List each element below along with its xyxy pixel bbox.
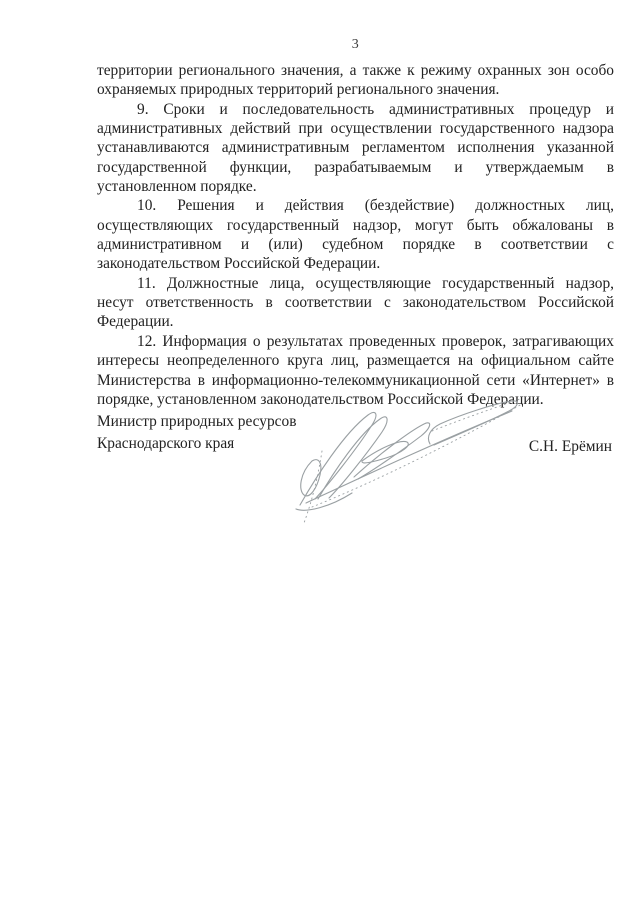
document-body: территории регионального значения, а так… — [97, 61, 614, 409]
signer-name: С.Н. Ерёмин — [529, 438, 612, 456]
scanned-document-page: 3 территории регионального значения, а т… — [0, 0, 640, 905]
handwritten-signature — [282, 389, 532, 529]
signature-block: Министр природных ресурсов Краснодарског… — [97, 411, 614, 531]
page-number: 3 — [97, 37, 614, 53]
paragraph-continuation: территории регионального значения, а так… — [97, 61, 614, 100]
paragraph-11: 11. Должностные лица, осуществляющие гос… — [97, 274, 614, 332]
paragraph-10: 10. Решения и действия (бездействие) дол… — [97, 196, 614, 273]
paragraph-12: 12. Информация о результатах проведенных… — [97, 332, 614, 409]
signer-title-line1: Министр природных ресурсов — [97, 411, 614, 433]
paragraph-9: 9. Сроки и последовательность администра… — [97, 100, 614, 197]
